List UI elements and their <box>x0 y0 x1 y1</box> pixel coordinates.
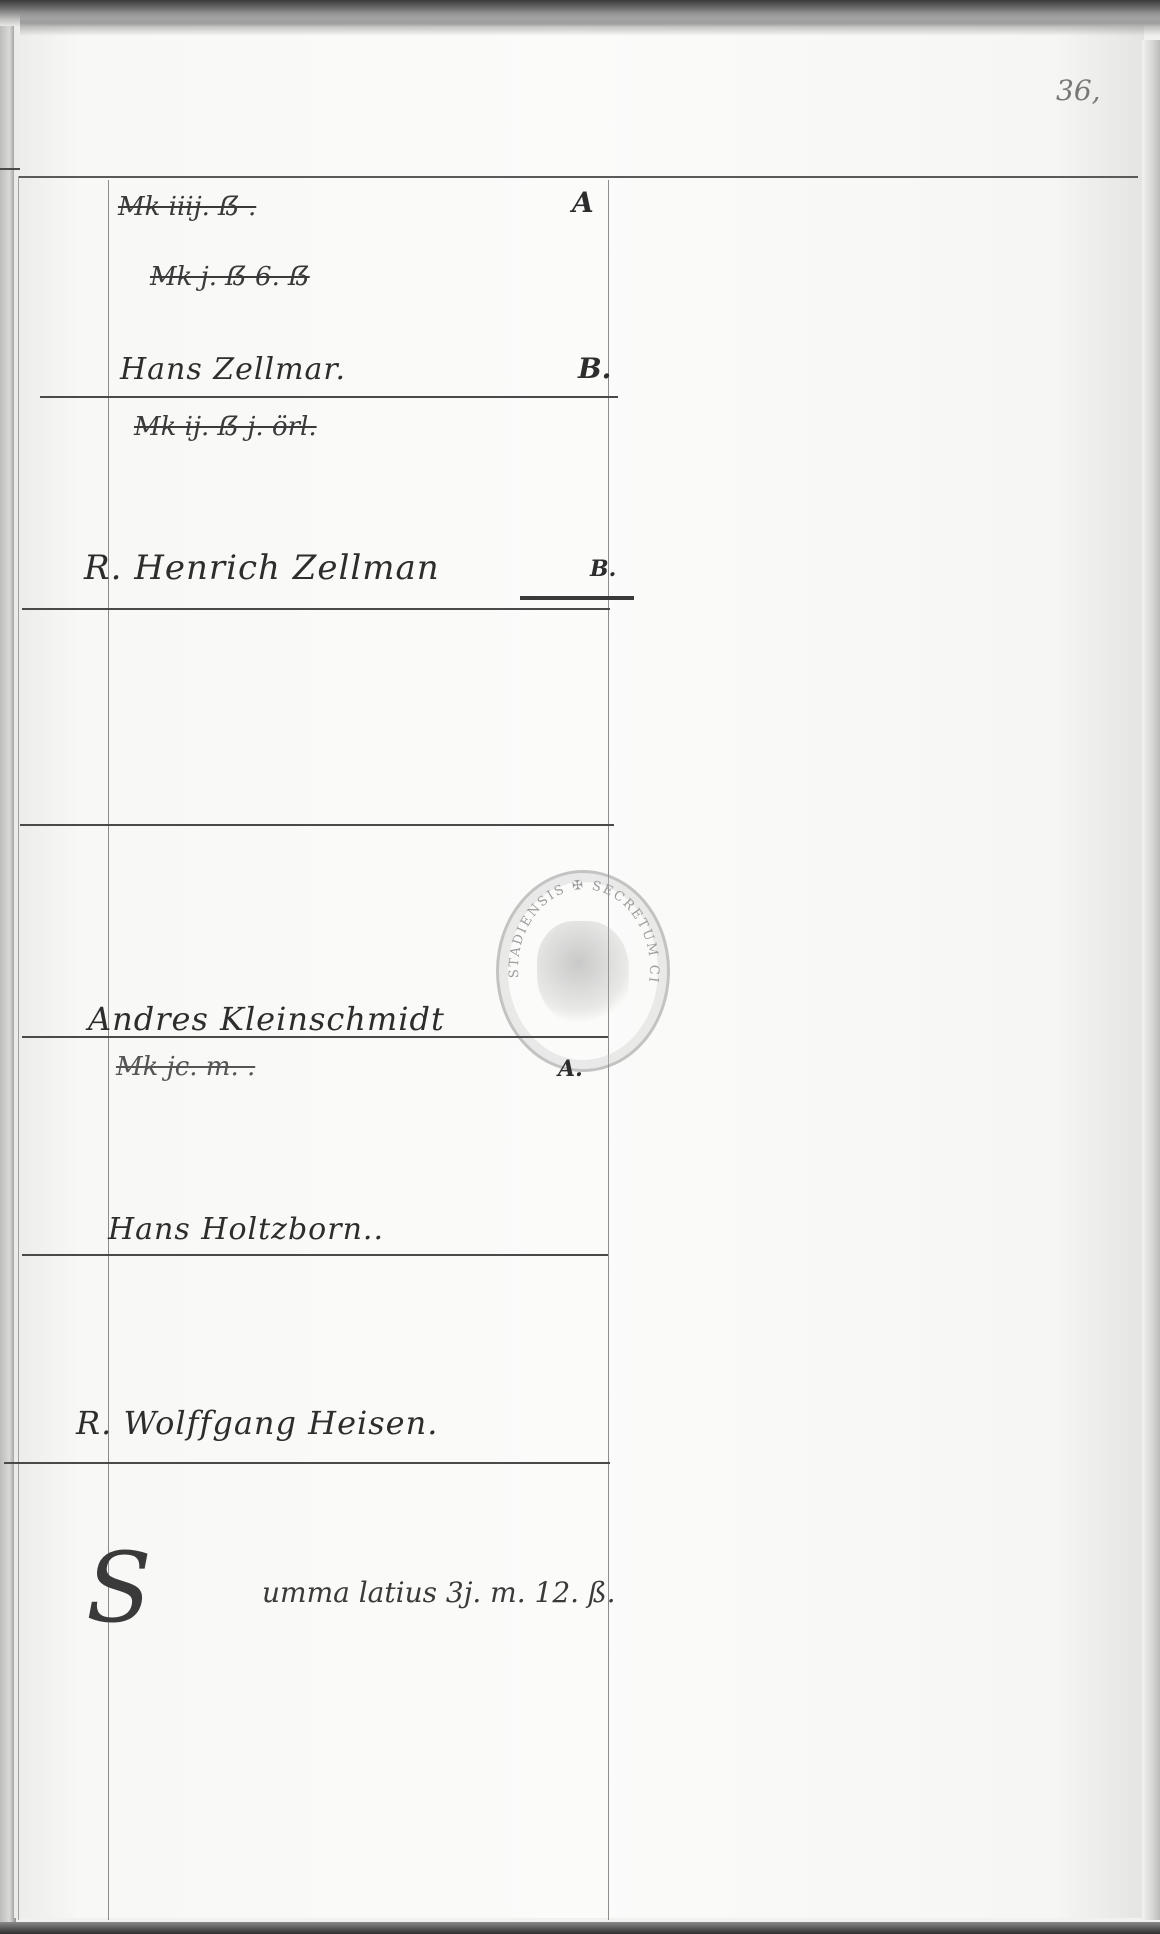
page-bottom-edge <box>0 1922 1160 1934</box>
entry-4-rule <box>22 1036 608 1038</box>
folio-number: 36, <box>1056 74 1101 107</box>
entry-2-mark: B. <box>590 556 616 582</box>
civic-seal-stamp: STADIENSIS ✠ SECRETUM CIVIT <box>496 870 670 1072</box>
page-right-edge <box>1142 40 1160 1920</box>
entry-0-line-1: Mk j. ẞ 6. ẞ <box>150 262 310 292</box>
entry-6-name: R. Wolffgang Heisen. <box>76 1404 438 1442</box>
entry-1-name: Hans Zellmar. <box>120 352 346 387</box>
entry-2-name: R. Henrich Zellman <box>84 548 440 588</box>
entry-2-rule <box>22 608 610 610</box>
summary-text: umma latius 3j. m. 12. ß. <box>262 1576 616 1609</box>
entry-1-rule <box>40 396 618 398</box>
page-top-shadow <box>20 12 1160 36</box>
header-rule <box>18 176 1138 178</box>
entry-3-rule <box>20 824 614 826</box>
entry-0-mark: A <box>572 186 594 219</box>
entry-5-name: Hans Holtzborn.. <box>108 1212 384 1247</box>
summary-initial: S <box>86 1540 152 1636</box>
entry-0-line-0: Mk iiij. ẞ . <box>118 192 256 222</box>
margin-line-left <box>108 180 109 1920</box>
entry-6-rule <box>4 1462 610 1464</box>
outer-line-left <box>18 176 19 1920</box>
entry-1-mark: B. <box>578 352 611 385</box>
entry-1-line-0: Mk ij. ẞ j. örl. <box>134 412 317 442</box>
entry-4-line-0: Mk jc. m. . <box>116 1052 255 1082</box>
entry-4-name: Andres Kleinschmidt <box>88 1000 445 1038</box>
entry-2-flourish <box>520 596 634 600</box>
heraldic-lion-icon <box>537 921 629 1025</box>
header-rule-left-stub <box>0 168 20 170</box>
entry-5-rule <box>22 1254 608 1256</box>
entry-4-mark: A. <box>558 1056 583 1082</box>
